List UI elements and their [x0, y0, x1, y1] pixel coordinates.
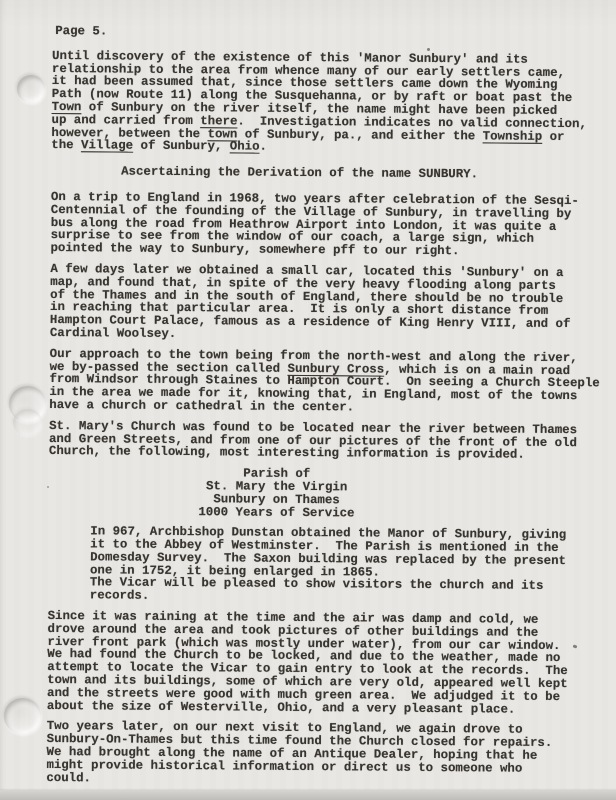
page-number-label: Page 5.: [52, 25, 610, 42]
hole-punch-emboss: [13, 409, 42, 436]
document-body: Until discovery of the existence of this…: [46, 50, 610, 789]
paragraph: Two years later, on our next visit to En…: [46, 720, 604, 788]
document-text: Page 5. Until discovery of the existence…: [0, 0, 616, 800]
hole-punch-emboss: [17, 75, 45, 103]
scan-edge: [0, 0, 4, 800]
text-line: 1000 Years of Service: [48, 504, 504, 520]
text-line: Ascertaining the Derivation of the name …: [121, 166, 609, 183]
scanned-document-page: Page 5. Until discovery of the existence…: [0, 0, 616, 800]
centered-block: Parish ofSt. Mary the VirginSunbury on T…: [48, 466, 504, 521]
scan-speck: [427, 48, 430, 51]
paragraph: A few days later we obtained a small car…: [50, 263, 609, 344]
underlined-text: Village: [81, 139, 133, 153]
paragraph: Our approach to the town being from the …: [49, 348, 607, 416]
paragraph: Since it was raining at the time and the…: [47, 610, 606, 717]
paragraph: St. Mary's Church was found to be locate…: [49, 420, 607, 463]
scan-edge: [0, 790, 616, 800]
underlined-text: Township: [483, 129, 543, 143]
scan-speck: [47, 486, 49, 488]
text-line: Church, the following, most interesting …: [49, 445, 607, 462]
section-heading: Ascertaining the Derivation of the name …: [51, 165, 609, 182]
paragraph: Until discovery of the existence of this…: [51, 50, 610, 157]
paragraph: In 967, Archbishop Dunstan obtained the …: [48, 525, 607, 606]
hole-punch-emboss: [4, 698, 41, 734]
underlined-text: Ohio: [230, 140, 260, 154]
paragraph: On a trip to England in 1968, two years …: [50, 191, 608, 259]
